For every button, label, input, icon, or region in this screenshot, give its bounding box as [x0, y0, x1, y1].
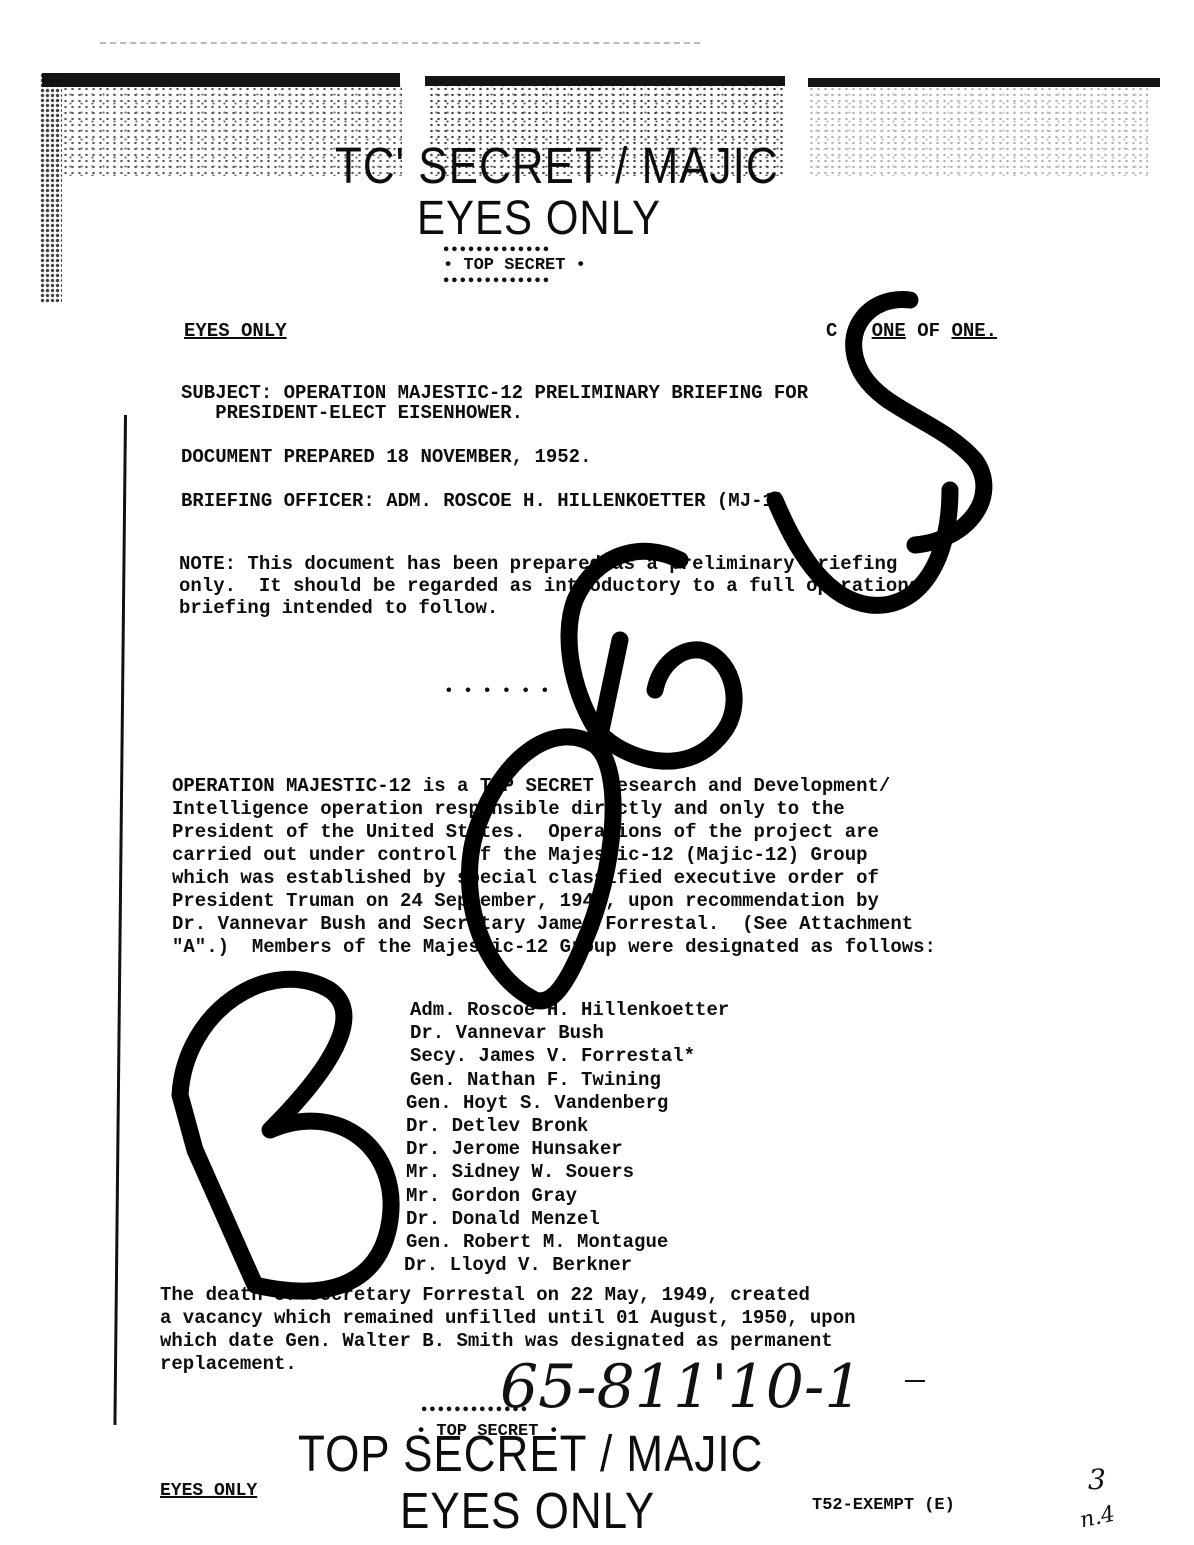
member-name: Dr. Jerome Hunsaker	[406, 1138, 623, 1161]
pen-mark	[905, 1380, 925, 1382]
closing-line: replacement.	[160, 1353, 297, 1376]
eyes-only-stamp: EYES ONLY	[400, 1483, 655, 1541]
redaction-bar	[42, 73, 400, 87]
member-name: Mr. Gordon Gray	[406, 1185, 577, 1208]
body-line: Dr. Vannevar Bush and Secretary James Fo…	[172, 913, 913, 936]
classification-stamp: TC' SECRET / MAJIC	[335, 138, 779, 196]
member-name: Secy. James V. Forrestal*	[410, 1045, 695, 1068]
copy-prefix: C	[826, 320, 837, 342]
body-line: carried out under control of the Majesti…	[172, 844, 868, 867]
member-name: Adm. Roscoe H. Hillenkoetter	[410, 999, 729, 1022]
copy-of: OF	[917, 320, 940, 342]
note-line: briefing intended to follow.	[179, 597, 498, 620]
redaction-bar	[425, 76, 785, 86]
body-line: President of the United States. Operatio…	[172, 821, 879, 844]
body-line: Intelligence operation responsible direc…	[172, 798, 845, 821]
member-name: Gen. Nathan F. Twining	[410, 1069, 661, 1092]
handwritten-page-note: 3	[1088, 1463, 1106, 1496]
member-name: Dr. Donald Menzel	[406, 1208, 600, 1231]
dots-row: •••••••••••••	[442, 274, 550, 289]
subject-line-2: PRESIDENT-ELECT EISENHOWER.	[181, 402, 523, 425]
section-separator: • • • • • •	[444, 680, 550, 703]
member-name: Dr. Vannevar Bush	[410, 1022, 604, 1045]
classification-stamp: TOP SECRET / MAJIC	[298, 1426, 763, 1484]
briefing-officer: BRIEFING OFFICER: ADM. ROSCOE H. HILLENK…	[181, 490, 785, 513]
eyes-only-stamp: EYES ONLY	[417, 190, 661, 245]
member-name: Dr. Lloyd V. Berkner	[404, 1254, 632, 1277]
note-line: only. It should be regarded as introduct…	[179, 575, 920, 598]
eyes-only-label: EYES ONLY	[184, 320, 287, 343]
body-line: which was established by special classif…	[172, 867, 879, 890]
copy-total: ONE.	[951, 320, 997, 342]
exempt-code: T52-EXEMPT (E)	[812, 1494, 955, 1517]
body-line: OPERATION MAJESTIC-12 is a TOP SECRET Re…	[172, 775, 890, 798]
closing-line: which date Gen. Walter B. Smith was desi…	[160, 1330, 833, 1353]
member-name: Gen. Robert M. Montague	[406, 1231, 668, 1254]
member-name: Mr. Sidney W. Souers	[406, 1161, 634, 1184]
handwritten-page-note: n.4	[1078, 1502, 1118, 1534]
dots-row: •••••••••••••	[420, 1403, 528, 1418]
copy-notation: C ONE OF ONE.	[826, 320, 997, 343]
member-name: Gen. Hoyt S. Vandenberg	[406, 1092, 668, 1115]
closing-line: The death of Secretary Forrestal on 22 M…	[160, 1284, 810, 1307]
eyes-only-label: EYES ONLY	[160, 1480, 257, 1503]
closing-line: a vacancy which remained unfilled until …	[160, 1307, 856, 1330]
copy-number: ONE	[872, 320, 906, 342]
member-name: Dr. Detlev Bronk	[406, 1115, 588, 1138]
body-line: President Truman on 24 September, 1947, …	[172, 890, 879, 913]
scan-artifact-line	[100, 42, 700, 45]
document-page: TC' SECRET / MAJIC EYES ONLY •••••••••••…	[0, 0, 1194, 1545]
note-line: NOTE: This document has been prepared as…	[179, 553, 897, 576]
prepared-date: DOCUMENT PREPARED 18 NOVEMBER, 1952.	[181, 446, 591, 469]
handwritten-file-number: 65-811'10-1	[500, 1352, 862, 1422]
margin-line	[113, 415, 127, 1425]
scan-noise	[808, 86, 1148, 176]
body-line: "A".) Members of the Majestic-12 Group w…	[172, 936, 936, 959]
scan-noise	[40, 73, 62, 303]
